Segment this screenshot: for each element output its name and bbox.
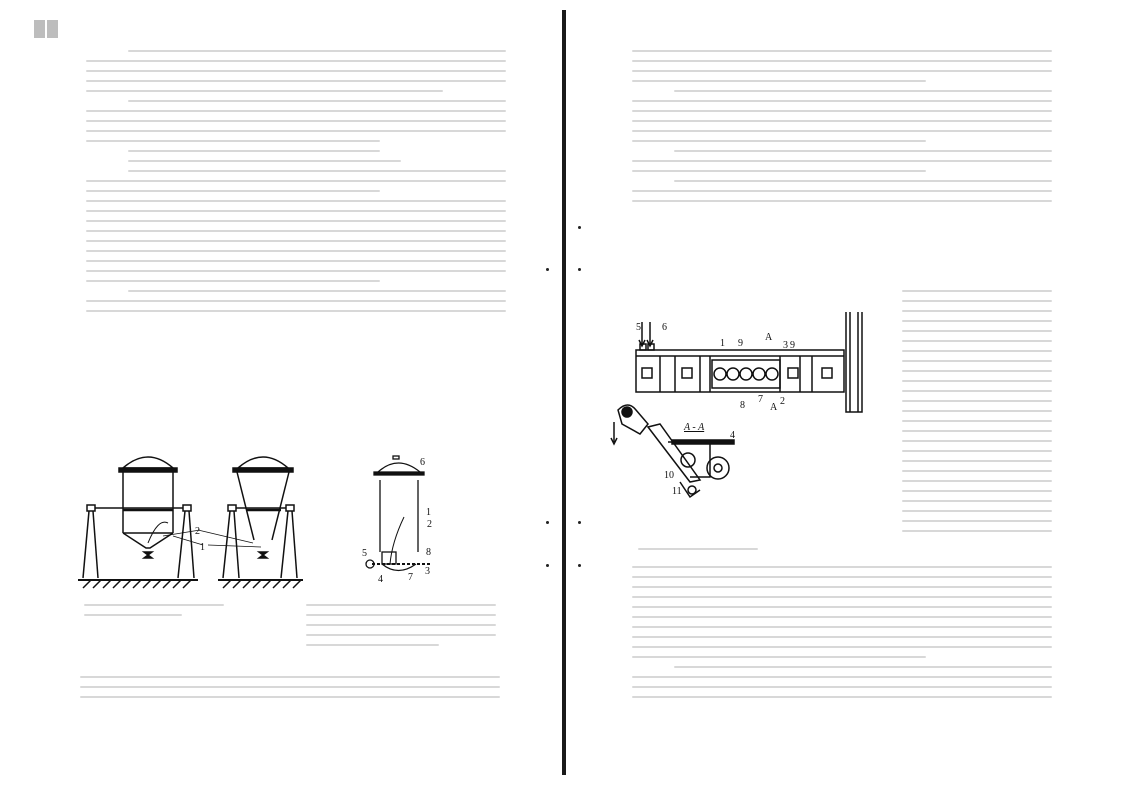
figure-label-7: 7 — [758, 394, 763, 405]
figure-label-8: 8 — [426, 547, 431, 558]
right-caption — [638, 548, 758, 558]
left-caption-2 — [306, 604, 496, 654]
left-text-top — [86, 50, 506, 320]
figure-label-2: 2 — [427, 519, 432, 530]
left-text-bottom — [80, 676, 500, 706]
figure-label-1: 1 — [720, 338, 725, 349]
figure-label-9: 9 — [738, 338, 743, 349]
book-spread: 2 1 6 1 2 — [0, 0, 1122, 793]
figure-label-3: 3 — [425, 566, 430, 577]
scan-artifact — [578, 521, 581, 524]
figure-label-4: 4 — [730, 430, 735, 441]
figure-label-10: 10 — [664, 470, 674, 481]
left-caption-1 — [84, 604, 224, 624]
scan-artifact — [546, 521, 549, 524]
left-page: 2 1 6 1 2 — [0, 0, 562, 793]
figure-label-4: 4 — [378, 574, 383, 582]
figure-vessel: 6 1 2 5 8 3 4 7 — [362, 452, 452, 582]
figure-label-6: 6 — [662, 322, 667, 333]
figure-label-2: 2 — [195, 526, 200, 537]
scan-artifact — [578, 268, 581, 271]
figure-label-1: 1 — [200, 542, 205, 553]
right-page: 5 6 1 9 A 3 9 2 7 A 8 A - A 4 10 11 — [566, 0, 1122, 793]
scan-artifact — [578, 564, 581, 567]
figure-label-a-top: A — [765, 332, 773, 343]
section-label: A - A — [683, 422, 705, 433]
figure-label-2: 2 — [780, 396, 785, 407]
scan-artifact — [578, 226, 581, 229]
figure-label-9b: 9 — [790, 340, 795, 351]
figure-label-1: 1 — [426, 507, 431, 518]
right-text-top — [632, 50, 1052, 210]
figure-label-5: 5 — [362, 548, 367, 559]
figure-label-5: 5 — [636, 322, 641, 333]
right-text-bottom — [632, 566, 1052, 706]
figure-dryer: 5 6 1 9 A 3 9 2 7 A 8 A - A 4 10 11 — [600, 312, 890, 512]
figure-label-a-bottom: A — [770, 402, 778, 413]
figure-tanks: 2 1 — [78, 448, 308, 590]
scan-artifact — [546, 268, 549, 271]
figure-label-8: 8 — [740, 400, 745, 411]
figure-label-11: 11 — [672, 486, 682, 497]
figure-label-3: 3 — [783, 340, 788, 351]
scan-artifact — [546, 564, 549, 567]
figure-label-6: 6 — [420, 457, 425, 468]
figure-label-7: 7 — [408, 572, 413, 582]
right-text-side — [902, 290, 1052, 540]
